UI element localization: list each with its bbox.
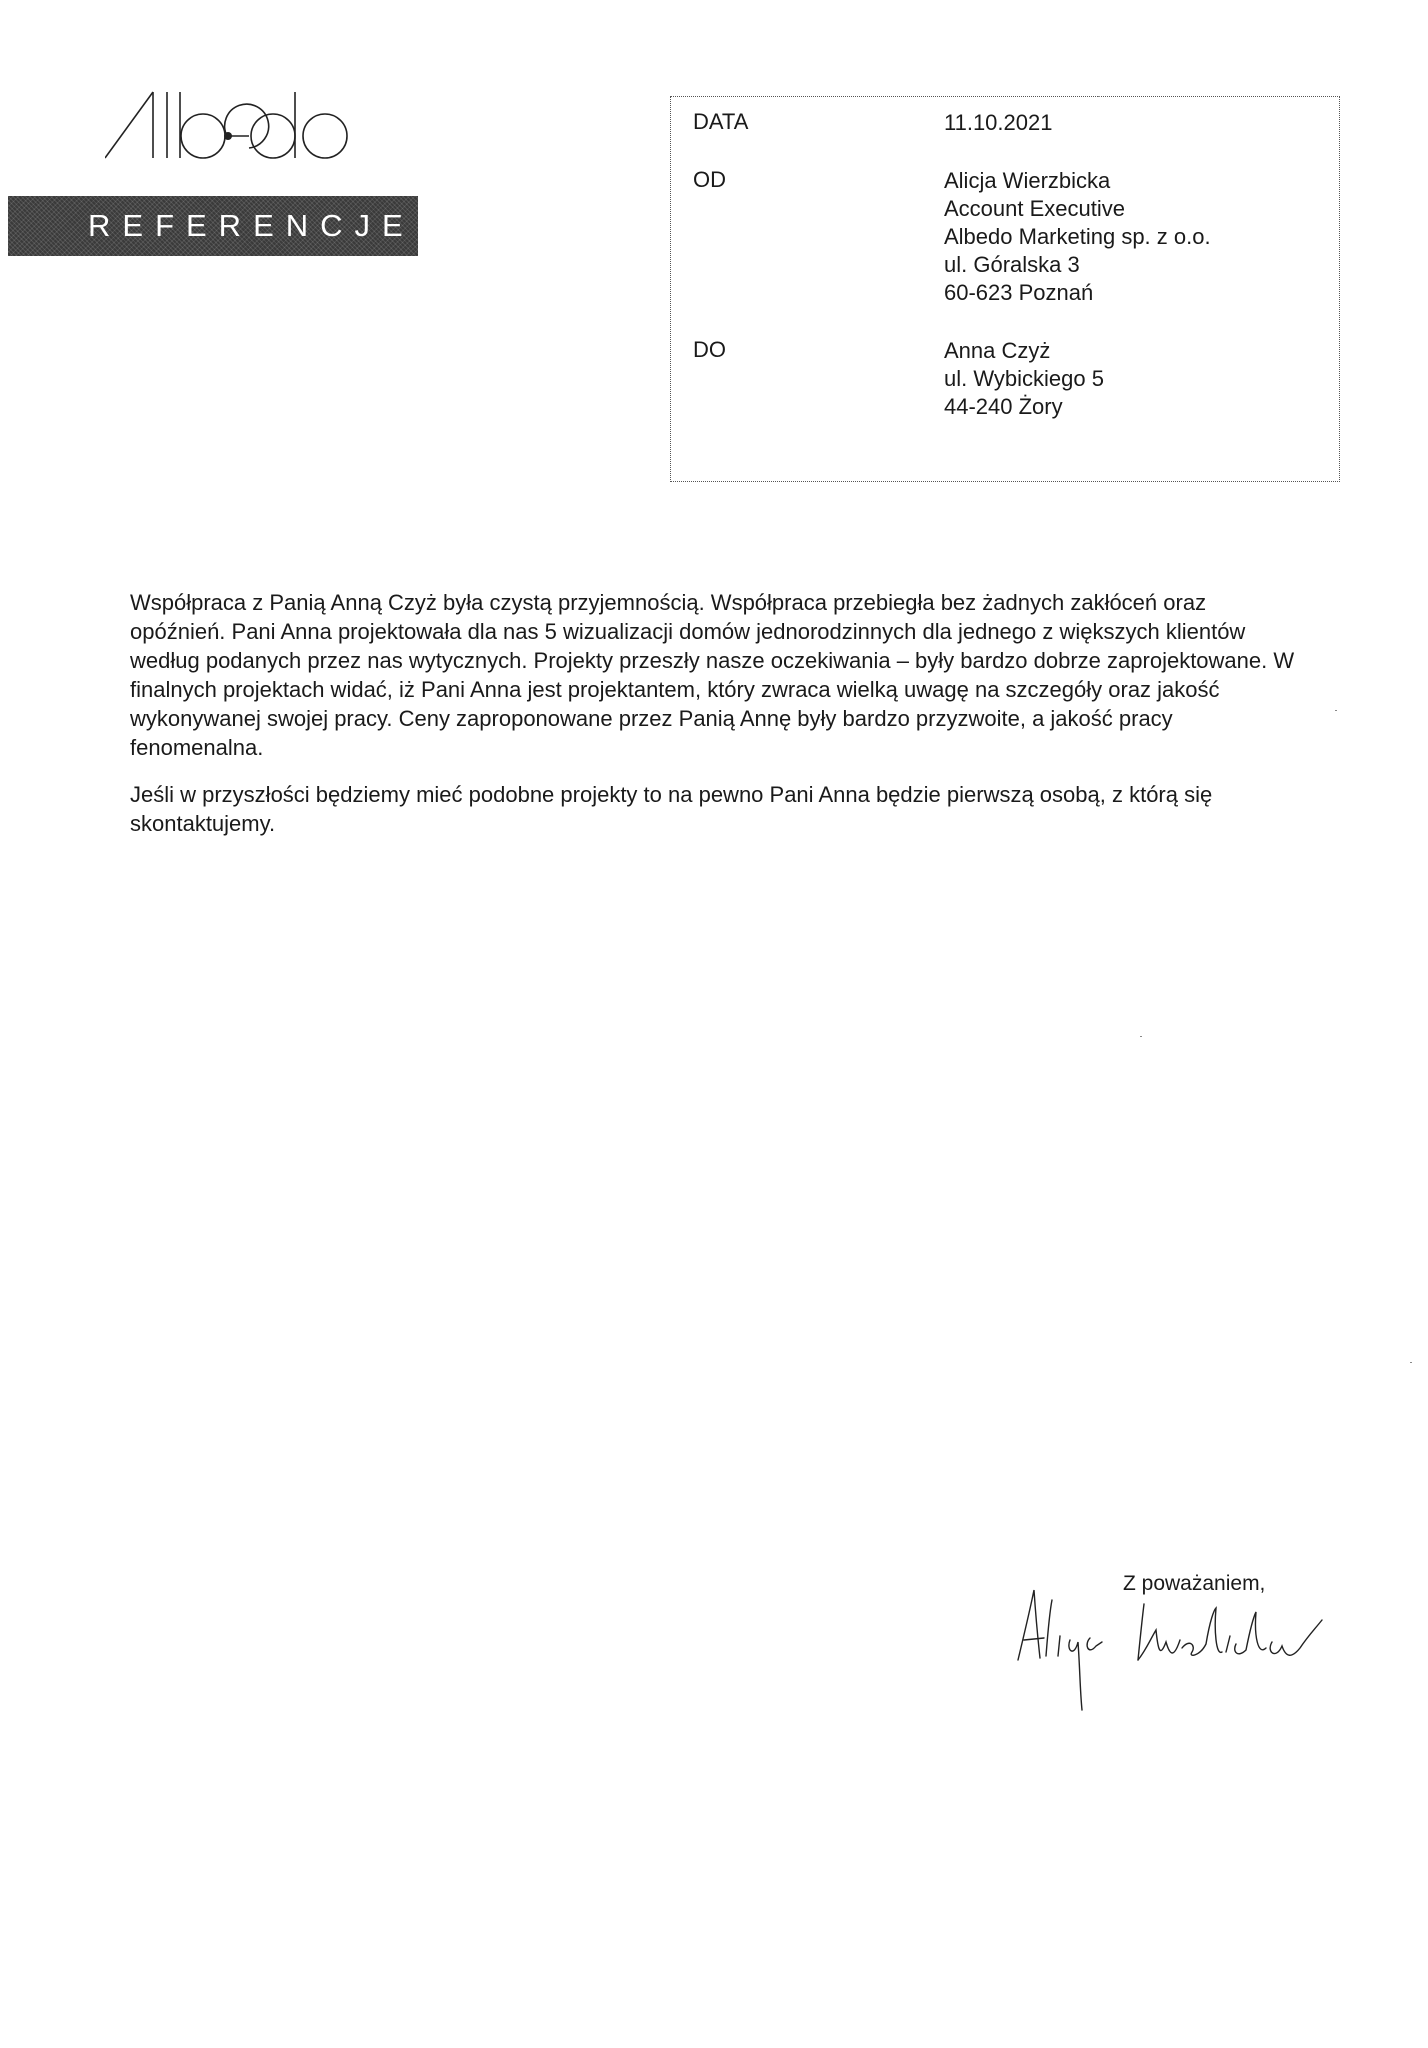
scan-speck [1410,1362,1412,1363]
body-paragraph: Jeśli w przyszłości będziemy mieć podobn… [130,780,1305,838]
from-title: Account Executive [944,195,1211,223]
date-value: 11.10.2021 [944,109,1052,137]
letter-body: Współpraca z Panią Anną Czyż była czystą… [130,588,1305,856]
from-company: Albedo Marketing sp. z o.o. [944,223,1211,251]
to-name: Anna Czyż [944,337,1104,365]
from-label: OD [693,167,726,193]
from-street: ul. Góralska 3 [944,251,1211,279]
references-banner: REFERENCJE [8,196,418,256]
to-street: ul. Wybickiego 5 [944,365,1104,393]
from-name: Alicja Wierzbicka [944,167,1211,195]
to-label: DO [693,337,726,363]
handwritten-signature [1010,1580,1330,1720]
from-address: Alicja Wierzbicka Account Executive Albe… [944,167,1211,307]
date-label: DATA [693,109,748,135]
scan-speck [1335,710,1337,711]
banner-title: REFERENCJE [88,208,415,244]
header-info-box: DATA 11.10.2021 OD Alicja Wierzbicka Acc… [670,96,1340,482]
albedo-logo [105,90,350,160]
body-paragraph: Współpraca z Panią Anną Czyż była czystą… [130,588,1305,762]
from-city: 60-623 Poznań [944,279,1211,307]
scan-speck [1140,1036,1142,1037]
scan-speck [1098,96,1100,97]
to-city: 44-240 Żory [944,393,1104,421]
to-address: Anna Czyż ul. Wybickiego 5 44-240 Żory [944,337,1104,421]
